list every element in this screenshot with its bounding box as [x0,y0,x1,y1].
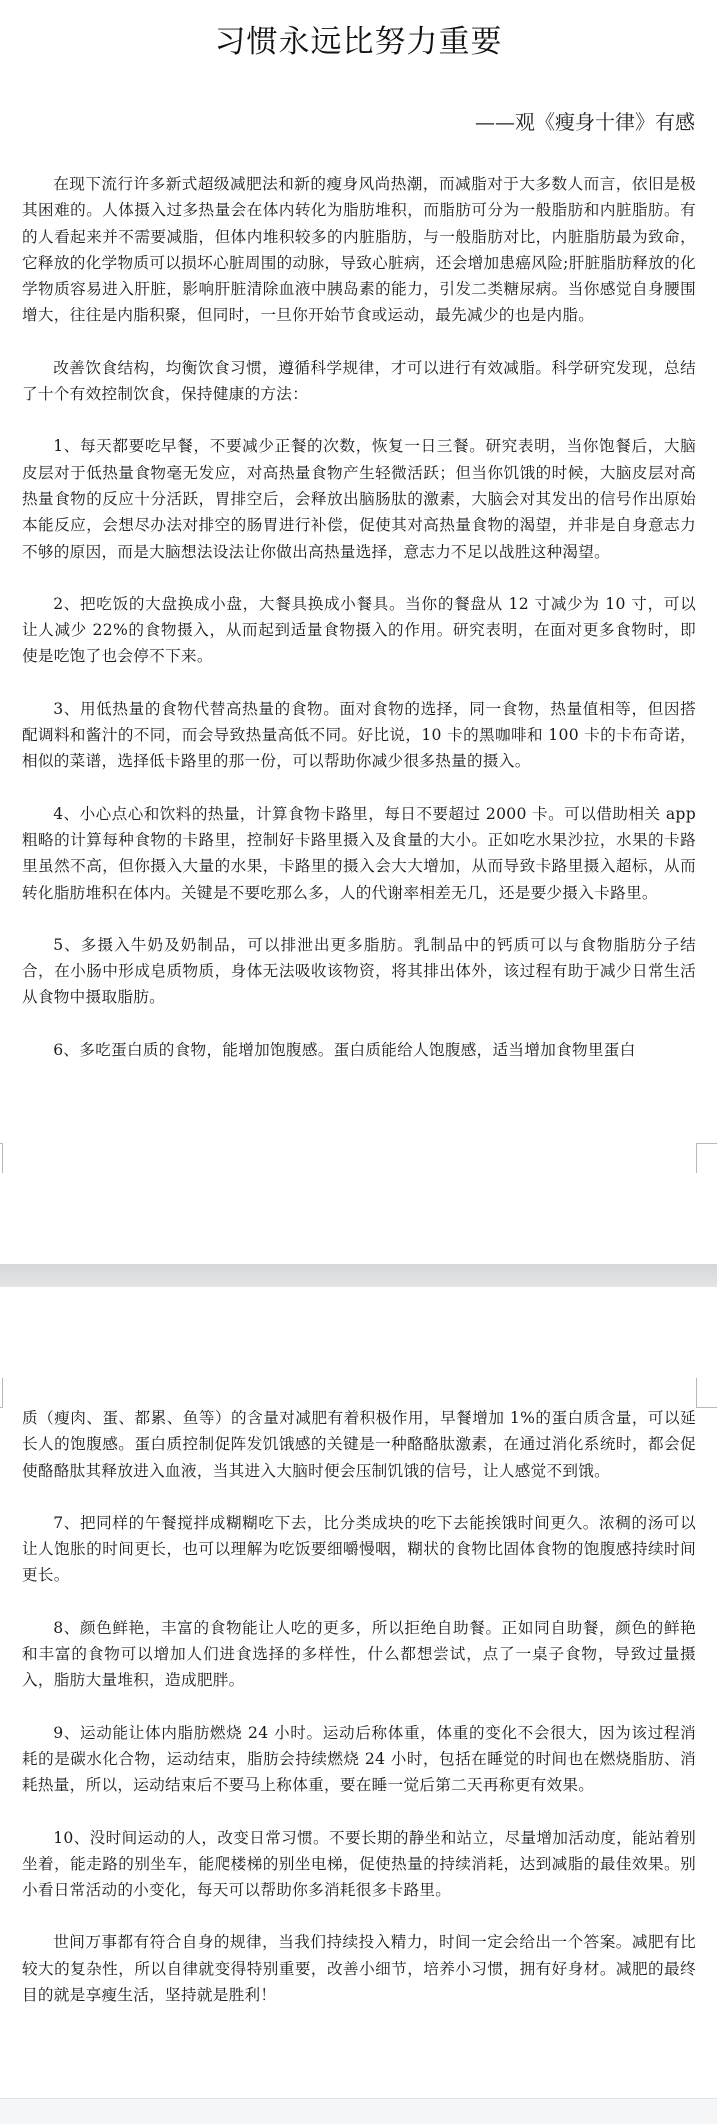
paragraph-tip-2: 2、把吃饭的大盘换成小盘，大餐具换成小餐具。当你的餐盘从 12 寸减少为 10 … [22,591,696,670]
page-corner-mark-top-right [696,1378,717,1408]
document-subtitle: ——观《瘦身十律》有感 [475,106,695,135]
document-title: 习惯永远比努力重要 [0,16,717,61]
paragraph-conclusion: 世间万事都有符合自身的规律，当我们持续投入精力，时间一定会给出一个答案。减肥有比… [22,1929,696,2008]
page-break-gap [0,1264,717,1287]
page-corner-mark-top-left [0,1378,3,1408]
paragraph-tip-3: 3、用低热量的食物代替高热量的食物。面对食物的选择，同一食物，热量值相等，但因搭… [22,696,696,775]
page-1-body: 在现下流行许多新式超级减肥法和新的瘦身风尚热潮，而减脂对于大多数人而言，依旧是极… [22,171,696,1089]
paragraph-tip-9: 9、运动能让体内脂肪燃烧 24 小时。运动后称体重，体重的变化不会很大，因为该过… [22,1720,696,1799]
document-page-1: 习惯永远比努力重要 ——观《瘦身十律》有感 在现下流行许多新式超级减肥法和新的瘦… [0,0,717,1264]
paragraph-intro: 在现下流行许多新式超级减肥法和新的瘦身风尚热潮，而减脂对于大多数人而言，依旧是极… [22,171,696,329]
page-corner-mark-bottom-left [0,1143,3,1173]
paragraph-methods-intro: 改善饮食结构，均衡饮食习惯，遵循科学规律，才可以进行有效减脂。科学研究发现，总结… [22,355,696,408]
page-corner-mark-bottom-right [696,1143,717,1173]
paragraph-tip-1: 1、每天都要吃早餐，不要减少正餐的次数，恢复一日三餐。研究表明，当你饱餐后，大脑… [22,433,696,564]
paragraph-tip-8: 8、颜色鲜艳，丰富的食物能让人吃的更多，所以拒绝自助餐。正如同自助餐，颜色的鲜艳… [22,1615,696,1694]
paragraph-tip-4: 4、小心点心和饮料的热量，计算食物卡路里，每日不要超过 2000 卡。可以借助相… [22,801,696,906]
page-2-body: 质（瘦肉、蛋、都累、鱼等）的含量对减肥有着积极作用，早餐增加 1%的蛋白质含量，… [22,1405,696,2034]
paragraph-tip-7: 7、把同样的午餐搅拌成糊糊吃下去，比分类成块的吃下去能挨饿时间更久。浓稠的汤可以… [22,1510,696,1589]
document-page-2: 质（瘦肉、蛋、都累、鱼等）的含量对减肥有着积极作用，早餐增加 1%的蛋白质含量，… [0,1287,717,2098]
paragraph-tip-6-start: 6、多吃蛋白质的食物，能增加饱腹感。蛋白质能给人饱腹感，适当增加食物里蛋白 [22,1037,696,1063]
paragraph-tip-10: 10、没时间运动的人，改变日常习惯。不要长期的静坐和站立，尽量增加活动度，能站着… [22,1825,696,1904]
paragraph-tip-5: 5、多摄入牛奶及奶制品，可以排泄出更多脂肪。乳制品中的钙质可以与食物脂肪分子结合… [22,932,696,1011]
paragraph-tip-6-continued: 质（瘦肉、蛋、都累、鱼等）的含量对减肥有着积极作用，早餐增加 1%的蛋白质含量，… [22,1405,696,1484]
viewer-bottom-area [0,2098,717,2124]
